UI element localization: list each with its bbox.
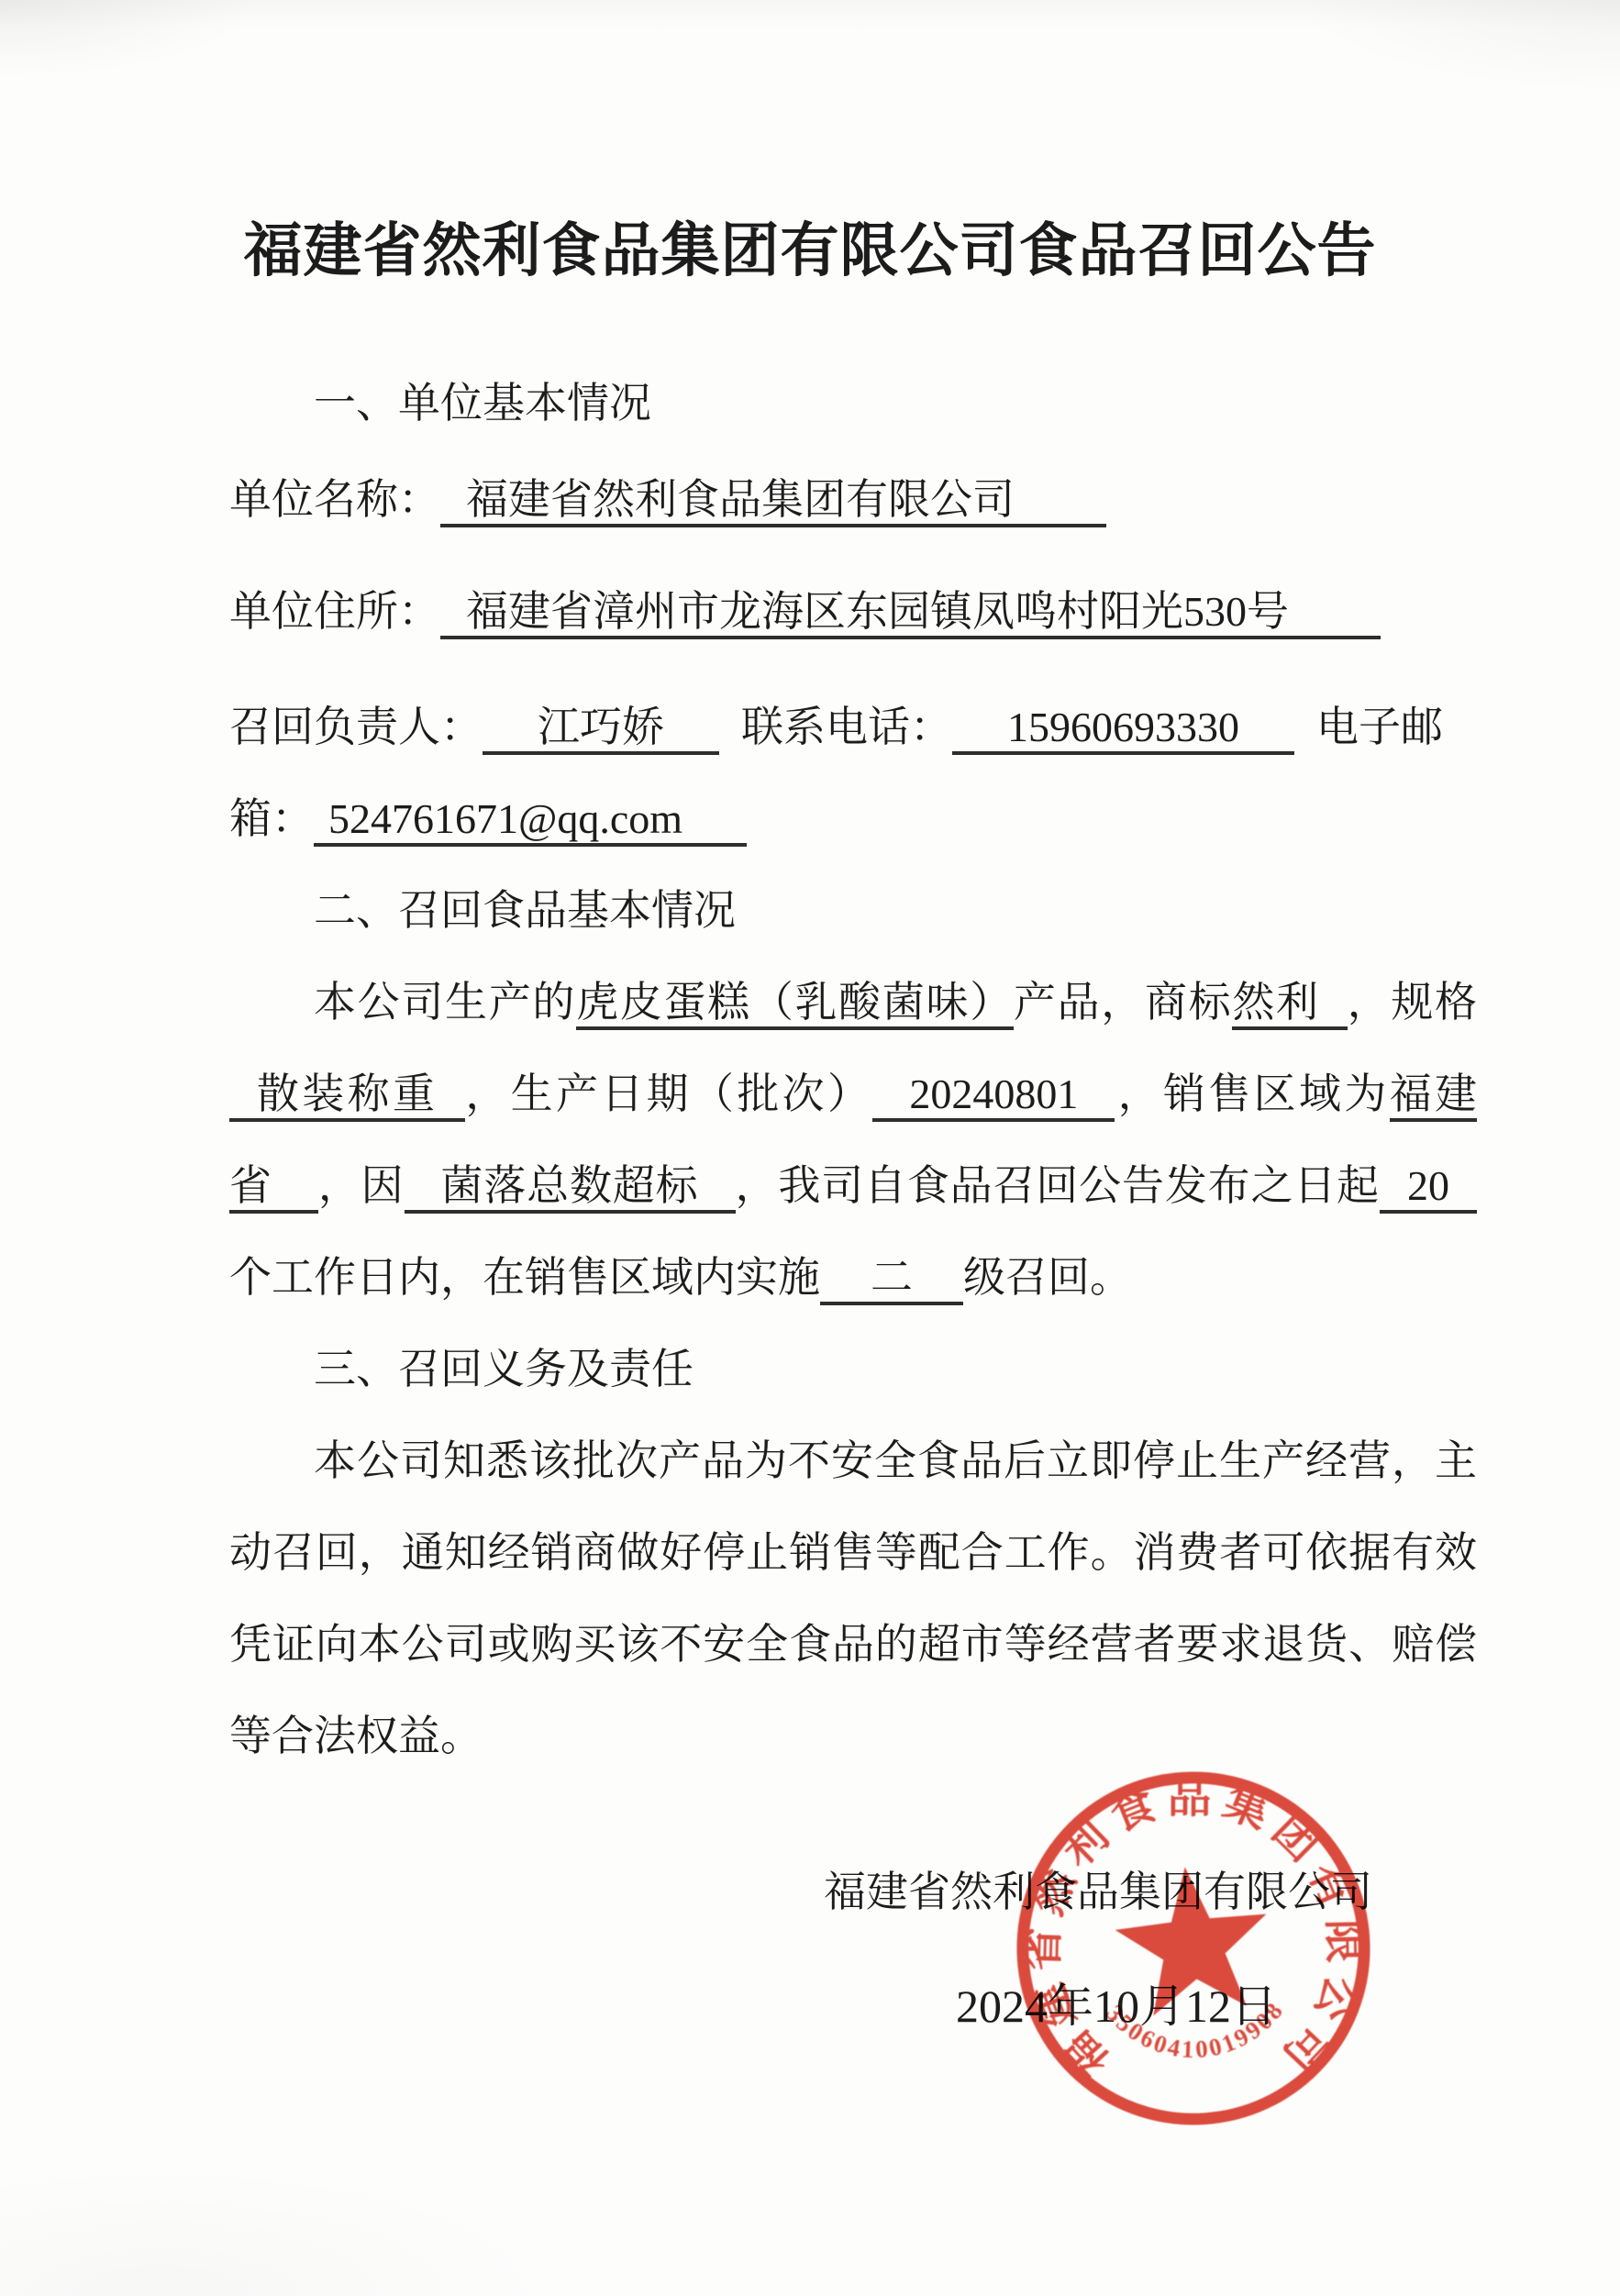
seal-code-text: 35060410019908 xyxy=(1099,1982,1293,2073)
recall-person-value: 江巧娇 xyxy=(483,704,719,755)
company-name-label: 单位名称： xyxy=(229,476,440,523)
recall-contact-line: 召回负责人：江巧娇联系电话：15960693330电子邮 xyxy=(229,682,1477,773)
reason-value: 菌落总数超标 xyxy=(405,1162,736,1214)
product-name-value: 虎皮蛋糕（乳酸菌味） xyxy=(576,979,1014,1030)
days-value: 20 xyxy=(1380,1162,1477,1214)
document-page: 福建省然利食品集团有限公司食品召回公告 一、单位基本情况 单位名称：福建省然利食… xyxy=(0,0,1620,2296)
official-seal-stamp: 福建省然利食品集团有限公司 35060410019908 xyxy=(993,1748,1393,2147)
text-run: 本公司生产的 xyxy=(314,979,576,1026)
email-label-part1: 电子邮 xyxy=(1316,704,1443,750)
section3-paragraph: 本公司知悉该批次产品为不安全食品后立即停止生产经营，主动召回，通知经销商做好停止… xyxy=(229,1415,1477,1782)
text-run: 级召回。 xyxy=(963,1254,1132,1301)
text-run: 个工作日内，在销售区域内实施 xyxy=(229,1254,820,1301)
recall-level-value: 二 xyxy=(820,1254,963,1305)
email-label-part2: 箱： xyxy=(229,795,314,842)
document-body: 一、单位基本情况 单位名称：福建省然利食品集团有限公司 单位住所：福建省漳州市龙… xyxy=(0,358,1620,1782)
text-run: 产品，商标 xyxy=(1014,979,1232,1026)
text-run: ，生产日期（批次） xyxy=(465,1070,872,1117)
section3-heading: 三、召回义务及责任 xyxy=(229,1324,1477,1415)
svg-text:35060410019908: 35060410019908 xyxy=(1099,1982,1293,2073)
section2-heading: 二、召回食品基本情况 xyxy=(229,865,1477,957)
company-address-label: 单位住所： xyxy=(229,588,440,635)
email-value: 524761671@qq.com xyxy=(314,795,747,847)
text-run: ，规格 xyxy=(1348,979,1477,1026)
batch-value: 20240801 xyxy=(872,1070,1115,1122)
star-icon xyxy=(1109,1859,1275,2019)
text-run: ，因 xyxy=(318,1162,405,1209)
brand-value: 然利 xyxy=(1232,979,1347,1030)
phone-label: 联系电话： xyxy=(741,704,952,750)
email-line: 箱：524761671@qq.com xyxy=(229,773,1477,865)
company-name-value: 福建省然利食品集团有限公司 xyxy=(440,476,1106,527)
phone-value: 15960693330 xyxy=(952,704,1294,755)
recall-person-label: 召回负责人： xyxy=(229,704,483,750)
spec-value: 散装称重 xyxy=(229,1070,465,1122)
document-title: 福建省然利食品集团有限公司食品召回公告 xyxy=(0,0,1620,290)
company-address-value: 福建省漳州市龙海区东园镇凤鸣村阳光530号 xyxy=(440,588,1381,639)
text-run: ，我司自食品召回公告发布之日起 xyxy=(736,1162,1381,1209)
company-address-line: 单位住所：福建省漳州市龙海区东园镇凤鸣村阳光530号 xyxy=(229,566,1477,658)
section1-heading: 一、单位基本情况 xyxy=(229,358,1477,449)
company-name-line: 单位名称：福建省然利食品集团有限公司 xyxy=(229,454,1477,546)
section2-paragraph: 本公司生产的虎皮蛋糕（乳酸菌味）产品，商标然利，规格散装称重，生产日期（批次）2… xyxy=(229,957,1477,1324)
text-run: ，销售区域为 xyxy=(1115,1070,1389,1117)
